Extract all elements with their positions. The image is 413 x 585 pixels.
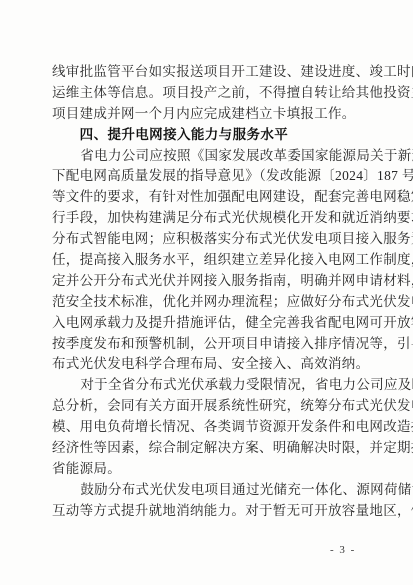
document-page: 线审批监管平台如实报送项目开工建设、建设进度、竣工时间和 运维主体等信息。项目投…	[0, 0, 413, 585]
document-line: 行手段，加快构建满足分布式光伏规模化开发和就近消纳要求的	[52, 208, 363, 229]
document-line: 布式光伏发电科学合理布局、安全接入、高效消纳。	[52, 354, 363, 375]
document-line: 入电网承载力及提升措施评估，健全完善我省配电网可开放容量	[52, 313, 363, 334]
document-line: 分布式智能电网；应积极落实分布式光伏发电项目接入服务责	[52, 229, 363, 250]
document-line: 省电力公司应按照《国家发展改革委国家能源局关于新形势	[52, 146, 363, 167]
document-line: 线审批监管平台如实报送项目开工建设、建设进度、竣工时间和	[52, 62, 363, 83]
document-line: 等文件的要求，有针对性加强配电网建设，配套完善电网稳定运	[52, 187, 363, 208]
document-line: 省能源局。	[52, 459, 363, 480]
document-line: 项目建成并网一个月内应完成建档立卡填报工作。	[52, 104, 363, 125]
document-body: 线审批监管平台如实报送项目开工建设、建设进度、竣工时间和 运维主体等信息。项目投…	[52, 62, 363, 522]
document-line: 下配电网高质量发展的指导意见》（发改能源〔2024〕187 号）	[52, 166, 363, 187]
document-line: 总分析，会同有关方面开展系统性研究，统筹分布式光伏发电规	[52, 396, 363, 417]
document-line: 模、用电负荷增长情况、各类调节资源开发条件和电网改造技术	[52, 417, 363, 438]
section-heading: 四、提升电网接入能力与服务水平	[52, 125, 363, 146]
page-number: - 3 -	[330, 544, 356, 556]
document-line: 对于全省分布式光伏承载力受限情况，省电力公司应及时汇	[52, 375, 363, 396]
document-line: 范安全技术标准，优化并网办理流程；应做好分布式光伏发电接	[52, 292, 363, 313]
document-line: 运维主体等信息。项目投产之前，不得擅自转让给其他投资主体。	[52, 83, 363, 104]
document-line: 任，提高接入服务水平，组织建立差异化接入电网工作制度，制	[52, 250, 363, 271]
document-line: 按季度发布和预警机制，公开项目申请接入排序情况等，引导分	[52, 334, 363, 355]
document-line: 经济性等因素，综合制定解决方案、明确解决时限，并定期报送	[52, 438, 363, 459]
document-line: 定并公开分布式光伏并网接入服务指南，明确并网申请材料，规	[52, 271, 363, 292]
document-line: 互动等方式提升就地消纳能力。对于暂无可开放容量地区，依托	[52, 501, 363, 522]
document-line: 鼓励分布式光伏发电项目通过光储充一体化、源网荷储协同	[52, 480, 363, 501]
